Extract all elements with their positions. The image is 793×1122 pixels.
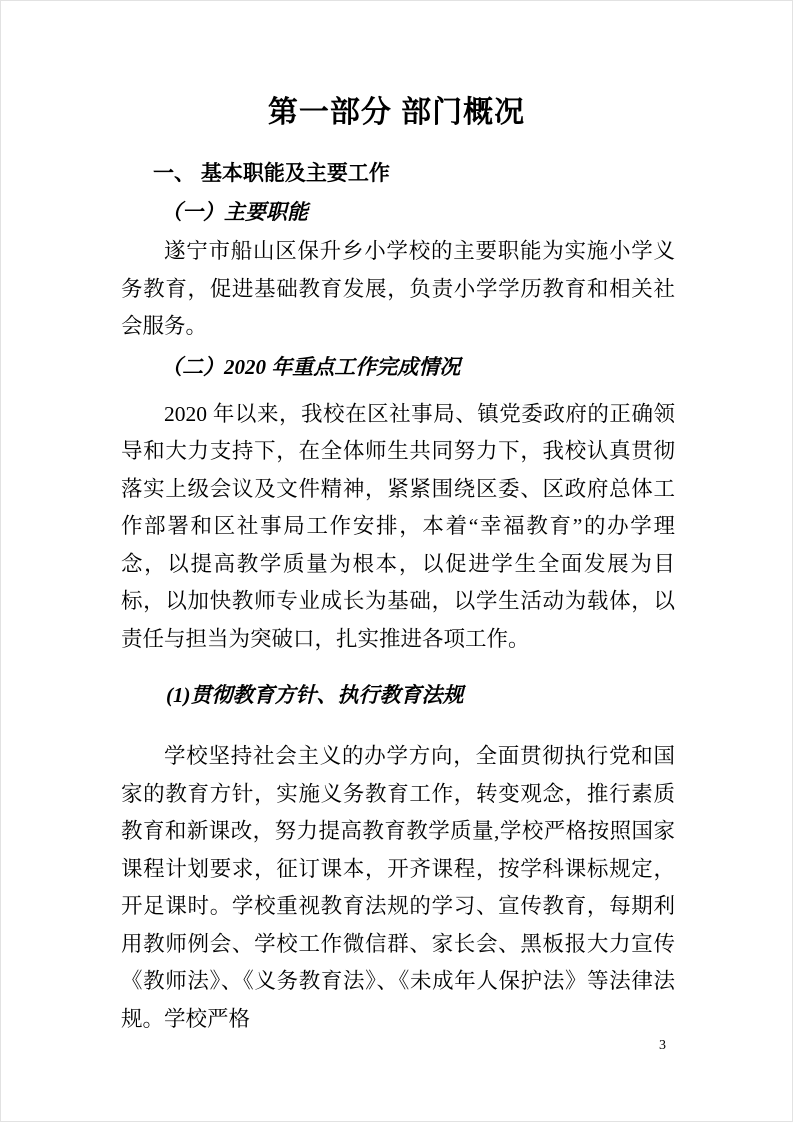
document-content: 一、 基本职能及主要工作 （一）主要职能 遂宁市船山区保升乡小学校的主要职能为实… <box>1 161 792 1038</box>
paragraph-main-functions: 遂宁市船山区保升乡小学校的主要职能为实施小学义务教育，促进基础教育发展，负责小学… <box>121 233 675 346</box>
section-heading-basic-functions: 一、 基本职能及主要工作 <box>153 161 675 187</box>
paragraph-2020-overview: 2020 年以来，我校在区社事局、镇党委政府的正确领导和大力支持下，在全体师生共… <box>121 396 675 659</box>
document-title: 第一部分 部门概况 <box>1 95 792 131</box>
subsection-heading-main-functions: （一）主要职能 <box>161 199 675 225</box>
page-number: 3 <box>659 1037 666 1055</box>
paragraph-education-policy: 学校坚持社会主义的办学方向，全面贯彻执行党和国家的教育方针，实施义务教育工作，转… <box>121 738 675 1038</box>
document-page: 第一部分 部门概况 一、 基本职能及主要工作 （一）主要职能 遂宁市船山区保升乡… <box>0 0 793 1122</box>
subsection-heading-2020-key-work: （二）2020 年重点工作完成情况 <box>161 354 675 380</box>
item-heading-education-policy: (1)贯彻教育方针、执行教育法规 <box>166 682 675 708</box>
